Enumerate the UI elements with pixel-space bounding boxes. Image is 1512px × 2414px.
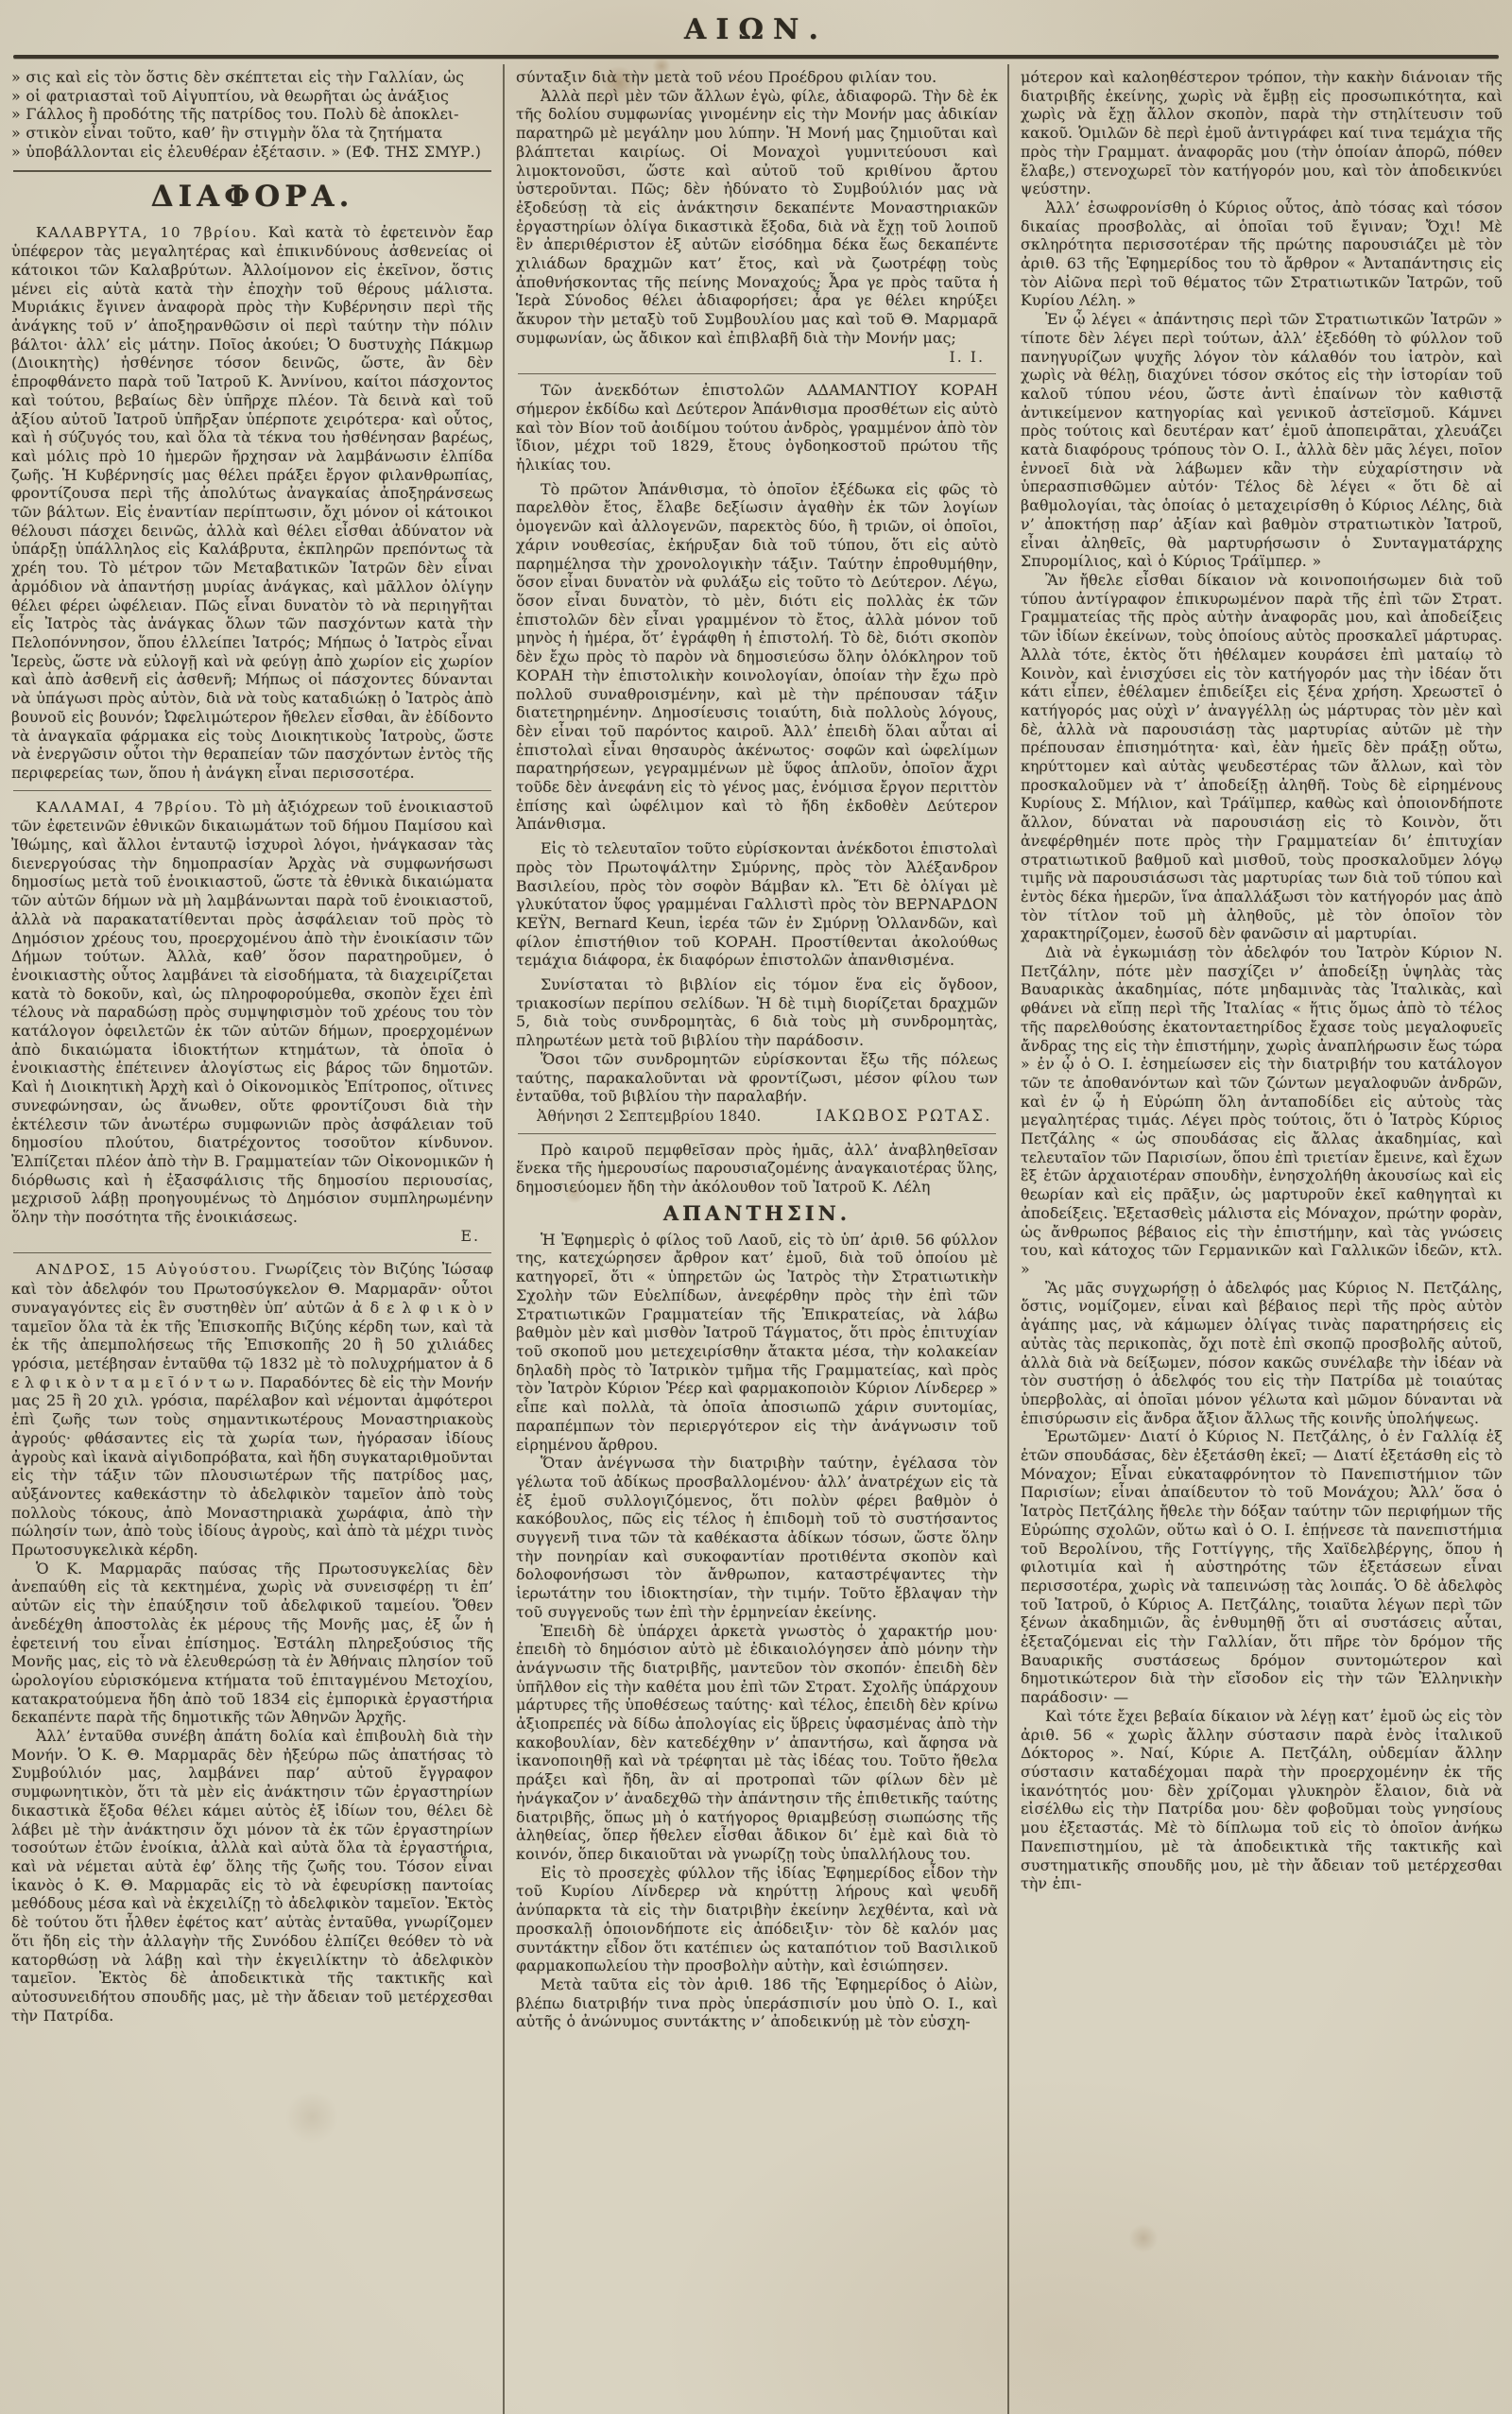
article-paragraph: Ἐπειδὴ δὲ ὑπάρχει ἀρκετὰ γνωστὸς ὁ χαρακ… <box>516 1622 998 1864</box>
column-1: » σις καὶ εἰς τὸν ὅστις δὲν σκέπτεται εἰ… <box>0 62 503 2414</box>
article-body: Γνωρίζεις τὸν Βιζύης Ἰώσαφ καὶ τὸν ἀδελφ… <box>11 1260 493 1559</box>
place-dateline: Ἀθήνησι 2 Σεπτεμβρίου 1840. <box>537 1107 761 1126</box>
article-paragraph: Ἐν ᾧ λέγει « ἀπάντησις περὶ τῶν Στρατιωτ… <box>1021 310 1503 571</box>
article-paragraph: Ἀλλ’ ἐσωφρονίσθη ὁ Κύριος οὗτος, ἀπὸ τόσ… <box>1021 198 1503 310</box>
dateline-signature-row: Ἀθήνησι 2 Σεπτεμβρίου 1840. ΙΑΚΩΒΟΣ ΡΩΤΑ… <box>516 1106 998 1126</box>
article-dateline: ΚΑΛΑΜΑΙ, 4 7βρίου. <box>36 799 219 816</box>
korais-announcement-paragraph: Ὅσοι τῶν συνδρομητῶν εὑρίσκονται ἔξω τῆς… <box>516 1050 998 1106</box>
article-dateline: ΑΝΔΡΟΣ, 15 Αὐγούστου. <box>36 1261 258 1278</box>
column-2: σύνταξιν διὰ τὴν μετὰ τοῦ νέου Προέδρου … <box>505 62 1007 2414</box>
carryover-quote-block: » σις καὶ εἰς τὸν ὅστις δὲν σκέπτεται εἰ… <box>11 68 493 162</box>
signature-row: Ε. <box>11 1227 493 1246</box>
apantisis-intro: Πρὸ καιροῦ πεμφθεῖσαν πρὸς ἡμᾶς, ἀλλ’ ἀν… <box>516 1141 998 1197</box>
article-paragraph: Ἂς μᾶς συγχωρήσῃ ὁ ἀδελφός μας Κύριος Ν.… <box>1021 1279 1503 1428</box>
section-heading-apantisis: ΑΠΑΝΤΗΣΙΝ. <box>516 1201 998 1225</box>
article-paragraph: Ἡ Ἐφημερὶς ὁ φίλος τοῦ Λαοῦ, εἰς τὸ ὑπ’ … <box>516 1231 998 1454</box>
columns-container: » σις καὶ εἰς τὸν ὅστις δὲν σκέπτεται εἰ… <box>0 62 1512 2414</box>
article-paragraph: Μετὰ ταῦτα εἰς τὸν ἀριθ. 186 τῆς Ἐφημερί… <box>516 1975 998 2031</box>
article-body: Καὶ κατὰ τὸ ἐφετεινὸν ἔαρ ὑπέφερον τὰς μ… <box>11 223 493 782</box>
quote-line: » σις καὶ εἰς τὸν ὅστις δὲν σκέπτεται εἰ… <box>11 68 493 87</box>
article-kalavryta: ΚΑΛΑΒΡΥΤΑ, 10 7βρίου. Καὶ κατὰ τὸ ἐφετει… <box>11 223 493 783</box>
korais-announcement-paragraph: Εἰς τὸ τελευταῖον τοῦτο εὑρίσκονται ἀνέκ… <box>516 839 998 970</box>
newspaper-page: ΑΙΩΝ. » σις καὶ εἰς τὸν ὅστις δὲν σκέπτε… <box>0 0 1512 59</box>
korais-announcement-paragraph: Τῶν ἀνεκδότων ἐπιστολῶν ΑΔΑΜΑΝΤΙΟΥ ΚΟΡΑΗ… <box>516 381 998 474</box>
article-paragraph: Ἐρωτῶμεν· Διατί ὁ Κύριος Ν. Πετζάλης, ὁ … <box>1021 1427 1503 1707</box>
article-paragraph: Καὶ τότε ἔχει βεβαία δίκαιον νὰ λέγῃ κατ… <box>1021 1707 1503 1893</box>
section-heading-diafora: ΔΙΑΦΟΡΑ. <box>11 180 493 214</box>
signature: Ε. <box>460 1227 480 1246</box>
article-separator <box>13 790 491 791</box>
quote-line: » ὑποβάλλονται εἰς ἐλευθέραν ἐξέτασιν. »… <box>11 143 493 162</box>
masthead: ΑΙΩΝ. <box>0 0 1512 51</box>
article-separator <box>518 1133 996 1134</box>
carryover-paragraph: σύνταξιν διὰ τὴν μετὰ τοῦ νέου Προέδρου … <box>516 68 998 87</box>
column-3: μότερον καὶ καλοηθέστερον τρόπον, τὴν κα… <box>1009 62 1512 2414</box>
article-paragraph: Ὁ Κ. Μαρμαρᾶς παύσας τῆς Πρωτοσυγκελίας … <box>11 1560 493 1727</box>
article-paragraph: Ἂν ἤθελε εἶσθαι δίκαιον νὰ κοινοποιήσωμε… <box>1021 571 1503 943</box>
quote-line: » στικὸν εἶναι τοῦτο, καθ’ ἣν στιγμὴν ὅλ… <box>11 124 493 143</box>
article-paragraph: Ἀλλὰ περὶ μὲν τῶν ἄλλων ἐγὼ, φίλε, ἀδιαφ… <box>516 87 998 348</box>
article-separator <box>13 1252 491 1253</box>
article-separator <box>13 170 491 172</box>
article-paragraph: Ἀλλ’ ἐνταῦθα συνέβη ἀπάτη δολία καὶ ἐπιβ… <box>11 1727 493 2025</box>
article-andros: ΑΝΔΡΟΣ, 15 Αὐγούστου. Γνωρίζεις τὸν Βιζύ… <box>11 1260 493 1559</box>
author-signature: ΙΑΚΩΒΟΣ ΡΩΤΑΣ. <box>816 1107 992 1126</box>
article-paragraph: Εἰς τὸ προσεχὲς φύλλον τῆς ἰδίας Ἐφημερί… <box>516 1864 998 1975</box>
article-separator <box>518 373 996 374</box>
signature-row: Ι. Ι. <box>516 348 998 367</box>
article-dateline: ΚΑΛΑΒΡΥΤΑ, 10 7βρίου. <box>36 224 258 241</box>
quote-line: » Γάλλος ἢ προδότης τῆς πατρίδος του. Πο… <box>11 105 493 124</box>
masthead-rule <box>13 55 1499 59</box>
article-paragraph: Ὅταν ἀνέγνωσα τὴν διατριβὴν ταύτην, ἐγέλ… <box>516 1454 998 1621</box>
article-kalamai: ΚΑΛΑΜΑΙ, 4 7βρίου. Τὸ μὴ ἀξιόχρεων τοῦ ἐ… <box>11 798 493 1227</box>
korais-announcement-paragraph: Συνίσταται τὸ βιβλίον εἰς τόμον ἕνα εἰς … <box>516 975 998 1050</box>
article-paragraph: Διὰ νὰ ἐγκωμιάσῃ τὸν ἀδελφόν του Ἰατρὸν … <box>1021 943 1503 1279</box>
masthead-title: ΑΙΩΝ. <box>684 13 828 46</box>
korais-announcement-paragraph: Τὸ πρῶτον Ἀπάνθισμα, τὸ ὁποῖον ἐξέδωκα ε… <box>516 480 998 834</box>
quote-line: » οἱ φατριασταὶ τοῦ Αἰγυπτίου, νὰ θεωρῆτ… <box>11 87 493 106</box>
article-body: Τὸ μὴ ἀξιόχρεων τοῦ ἐνοικιαστοῦ τῶν ἐφετ… <box>11 798 493 1226</box>
carryover-paragraph: μότερον καὶ καλοηθέστερον τρόπον, τὴν κα… <box>1021 68 1503 198</box>
signature: Ι. Ι. <box>949 348 985 367</box>
